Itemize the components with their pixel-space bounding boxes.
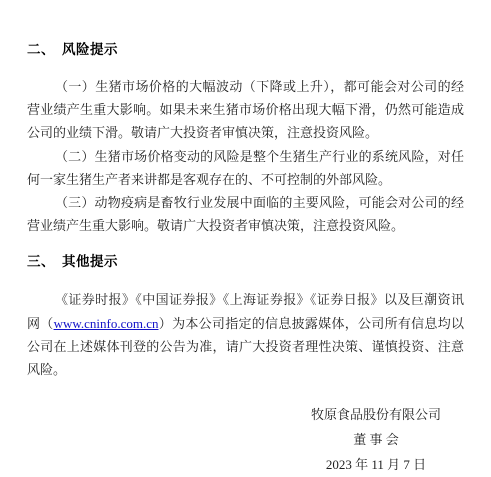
section-heading-other: 三、其他提示 [27, 250, 464, 273]
signature-date: 2023 年 11 月 7 日 [326, 452, 426, 477]
section-heading-risk: 二、风险提示 [27, 38, 464, 61]
section-title-other: 其他提示 [62, 254, 118, 269]
signature-block: 牧原食品股份有限公司 董 事 会 2023 年 11 月 7 日 [301, 402, 451, 477]
signature-company: 牧原食品股份有限公司 [311, 402, 441, 427]
paragraph-risk-1: （一）生猪市场价格的大幅波动（下降或上升），都可能会对公司的经营业绩产生重大影响… [27, 75, 464, 145]
paragraph-risk-3: （三）动物疫病是畜牧行业发展中面临的主要风险，可能会对公司的经营业绩产生重大影响… [27, 191, 464, 237]
paragraph-disclosure-media: 《证券时报》《中国证券报》《上海证券报》《证券日报》以及巨潮资讯网（www.cn… [27, 288, 464, 381]
section-number-other: 三、 [27, 254, 55, 269]
paragraph-risk-2: （二）生猪市场价格变动的风险是整个生猪生产行业的系统风险，对任何一家生猪生产者来… [27, 145, 464, 191]
section-number-risk: 二、 [27, 42, 55, 57]
document-page: 二、风险提示 （一）生猪市场价格的大幅波动（下降或上升），都可能会对公司的经营业… [0, 0, 491, 477]
section-title-risk: 风险提示 [62, 42, 118, 57]
signature-board: 董 事 会 [353, 427, 399, 452]
cninfo-link[interactable]: www.cninfo.com.cn [54, 316, 159, 331]
